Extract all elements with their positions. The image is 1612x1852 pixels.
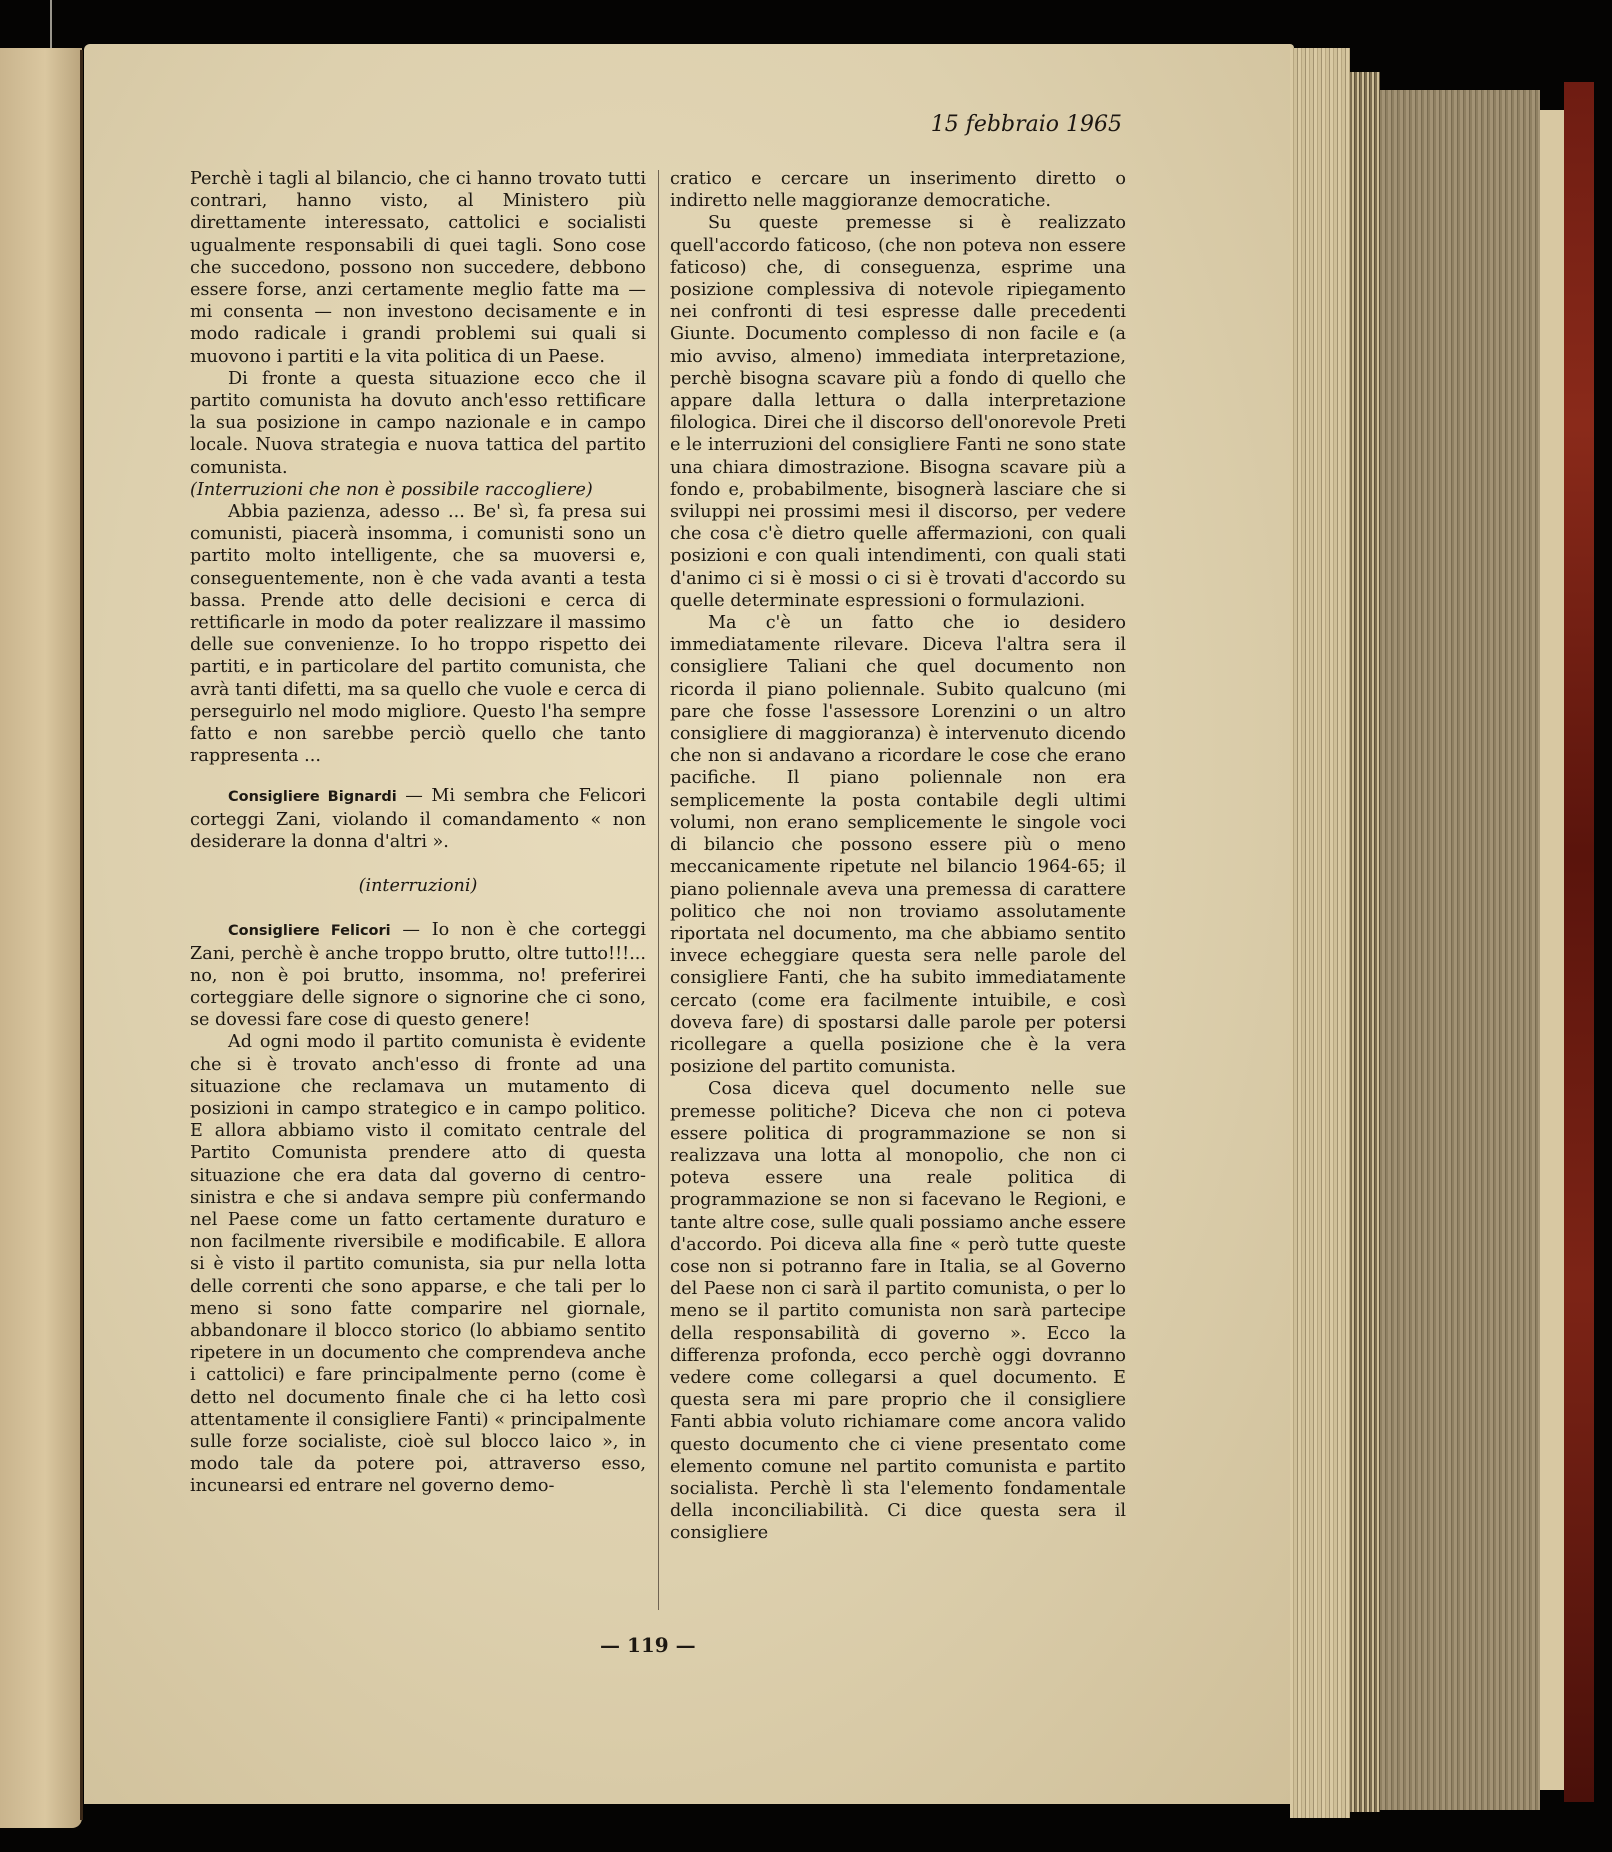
page-stack-edges-4 <box>1540 110 1564 1790</box>
paragraph: Cosa diceva quel documento nelle sue pre… <box>670 1078 1126 1544</box>
left-page-edge <box>0 48 82 1828</box>
stage-direction: (Interruzioni che non è possibile raccog… <box>190 479 646 501</box>
page-stack-edges-2 <box>1350 72 1380 1812</box>
speech-bignardi: Consigliere Bignardi — Mi sembra che Fel… <box>190 785 646 853</box>
paragraph: Abbia pazienza, adesso ... Be' sì, fa pr… <box>190 501 646 767</box>
stage-direction: (interruzioni) <box>190 875 646 897</box>
page-header-date: 15 febbraio 1965 <box>931 112 1122 137</box>
speech-felicori: Consigliere Felicori — Io non è che cort… <box>190 919 646 1031</box>
paragraph: cratico e cercare un inserimento diretto… <box>670 168 1126 212</box>
column-divider <box>658 170 659 1610</box>
page-stack-edges <box>1290 48 1350 1818</box>
page-stack-edges-3 <box>1380 90 1540 1810</box>
book-gutter <box>80 50 83 1820</box>
speaker-name: Consigliere Felicori <box>228 923 391 939</box>
page-number: — 119 — <box>600 1633 696 1657</box>
marbled-cover <box>1564 82 1594 1802</box>
paragraph: Perchè i tagli al bilancio, che ci hanno… <box>190 168 646 368</box>
paragraph: Ad ogni modo il partito comunista è evid… <box>190 1031 646 1497</box>
bookmark-thread <box>50 0 52 50</box>
paragraph: Ma c'è un fatto che io desidero immediat… <box>670 612 1126 1078</box>
paragraph: Su queste premesse si è realizzato quell… <box>670 212 1126 612</box>
paragraph: Di fronte a questa situazione ecco che i… <box>190 368 646 479</box>
right-text-column: cratico e cercare un inserimento diretto… <box>670 168 1126 1545</box>
left-text-column: Perchè i tagli al bilancio, che ci hanno… <box>190 168 646 1498</box>
speaker-name: Consigliere Bignardi <box>228 789 397 805</box>
